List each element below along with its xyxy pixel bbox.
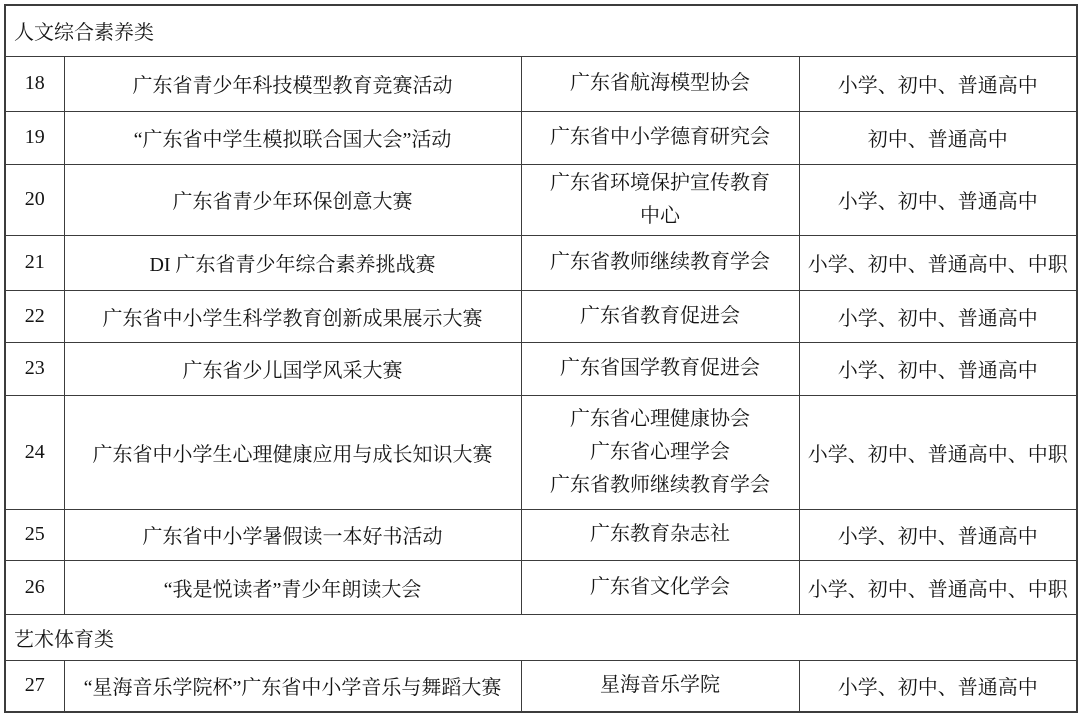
activity-name-cell: 广东省中小学生科学教育创新成果展示大赛 xyxy=(64,290,521,342)
organizer-name: 星海音乐学院 xyxy=(536,669,785,702)
activity-name-cell: 广东省中小学暑假读一本好书活动 xyxy=(64,509,521,560)
organizer-cell: 广东省教师继续教育学会 xyxy=(521,235,799,290)
school-levels-cell: 小学、初中、普通高中、中职 xyxy=(799,235,1077,290)
organizer-cell: 广东省国学教育促进会 xyxy=(521,342,799,395)
row-number-cell: 24 xyxy=(5,395,64,509)
row-number-cell: 23 xyxy=(5,342,64,395)
activity-name-cell: “广东省中学生模拟联合国大会”活动 xyxy=(64,111,521,164)
organizer-cell: 广东省环境保护宣传教育中心 xyxy=(521,164,799,235)
table-row: 20广东省青少年环保创意大赛广东省环境保护宣传教育中心小学、初中、普通高中 xyxy=(5,164,1077,235)
organizer-cell: 广东省中小学德育研究会 xyxy=(521,111,799,164)
activity-name-cell: DI 广东省青少年综合素养挑战赛 xyxy=(64,235,521,290)
organizer-name: 广东省教师继续教育学会 xyxy=(536,246,785,279)
activity-name-cell: “星海音乐学院杯”广东省中小学音乐与舞蹈大赛 xyxy=(64,660,521,712)
school-levels-cell: 小学、初中、普通高中、中职 xyxy=(799,560,1077,614)
organizer-name: 广东省国学教育促进会 xyxy=(536,352,785,385)
school-levels-cell: 初中、普通高中 xyxy=(799,111,1077,164)
organizer-cell: 广东教育杂志社 xyxy=(521,509,799,560)
school-levels-cell: 小学、初中、普通高中 xyxy=(799,342,1077,395)
activities-table-body: 人文综合素养类18广东省青少年科技模型教育竞赛活动广东省航海模型协会小学、初中、… xyxy=(5,5,1077,712)
school-levels-cell: 小学、初中、普通高中、中职 xyxy=(799,395,1077,509)
organizer-name: 广东省环境保护宣传教育中心 xyxy=(544,167,776,233)
table-row: 26“我是悦读者”青少年朗读大会广东省文化学会小学、初中、普通高中、中职 xyxy=(5,560,1077,614)
table-row: 27“星海音乐学院杯”广东省中小学音乐与舞蹈大赛星海音乐学院小学、初中、普通高中 xyxy=(5,660,1077,712)
row-number-cell: 20 xyxy=(5,164,64,235)
section-header: 艺术体育类 xyxy=(5,614,1077,660)
organizer-cell: 广东省航海模型协会 xyxy=(521,56,799,111)
activity-name-cell: 广东省中小学生心理健康应用与成长知识大赛 xyxy=(64,395,521,509)
organizer-name: 广东教育杂志社 xyxy=(536,518,785,551)
document-page: 人文综合素养类18广东省青少年科技模型教育竞赛活动广东省航海模型协会小学、初中、… xyxy=(0,0,1080,713)
row-number-cell: 22 xyxy=(5,290,64,342)
activities-table: 人文综合素养类18广东省青少年科技模型教育竞赛活动广东省航海模型协会小学、初中、… xyxy=(4,4,1078,713)
organizer-name: 广东省心理学会 xyxy=(536,436,785,469)
row-number-cell: 19 xyxy=(5,111,64,164)
activity-name-cell: 广东省青少年科技模型教育竞赛活动 xyxy=(64,56,521,111)
activity-name-cell: “我是悦读者”青少年朗读大会 xyxy=(64,560,521,614)
organizer-name: 广东省教师继续教育学会 xyxy=(536,469,785,502)
organizer-cell: 星海音乐学院 xyxy=(521,660,799,712)
table-row: 21DI 广东省青少年综合素养挑战赛广东省教师继续教育学会小学、初中、普通高中、… xyxy=(5,235,1077,290)
organizer-name: 广东省教育促进会 xyxy=(536,300,785,333)
section-header-row: 人文综合素养类 xyxy=(5,5,1077,56)
school-levels-cell: 小学、初中、普通高中 xyxy=(799,56,1077,111)
table-row: 24广东省中小学生心理健康应用与成长知识大赛广东省心理健康协会广东省心理学会广东… xyxy=(5,395,1077,509)
section-header: 人文综合素养类 xyxy=(5,5,1077,56)
table-row: 19“广东省中学生模拟联合国大会”活动广东省中小学德育研究会初中、普通高中 xyxy=(5,111,1077,164)
row-number-cell: 27 xyxy=(5,660,64,712)
organizer-cell: 广东省文化学会 xyxy=(521,560,799,614)
table-row: 22广东省中小学生科学教育创新成果展示大赛广东省教育促进会小学、初中、普通高中 xyxy=(5,290,1077,342)
table-row: 18广东省青少年科技模型教育竞赛活动广东省航海模型协会小学、初中、普通高中 xyxy=(5,56,1077,111)
table-row: 25广东省中小学暑假读一本好书活动广东教育杂志社小学、初中、普通高中 xyxy=(5,509,1077,560)
organizer-name: 广东省心理健康协会 xyxy=(536,403,785,436)
school-levels-cell: 小学、初中、普通高中 xyxy=(799,660,1077,712)
row-number-cell: 18 xyxy=(5,56,64,111)
school-levels-cell: 小学、初中、普通高中 xyxy=(799,164,1077,235)
activity-name-cell: 广东省少儿国学风采大赛 xyxy=(64,342,521,395)
row-number-cell: 26 xyxy=(5,560,64,614)
table-row: 23广东省少儿国学风采大赛广东省国学教育促进会小学、初中、普通高中 xyxy=(5,342,1077,395)
organizer-name: 广东省中小学德育研究会 xyxy=(536,121,785,154)
organizer-name: 广东省文化学会 xyxy=(536,571,785,604)
section-header-row: 艺术体育类 xyxy=(5,614,1077,660)
organizer-cell: 广东省心理健康协会广东省心理学会广东省教师继续教育学会 xyxy=(521,395,799,509)
school-levels-cell: 小学、初中、普通高中 xyxy=(799,290,1077,342)
row-number-cell: 25 xyxy=(5,509,64,560)
row-number-cell: 21 xyxy=(5,235,64,290)
school-levels-cell: 小学、初中、普通高中 xyxy=(799,509,1077,560)
organizer-name: 广东省航海模型协会 xyxy=(536,67,785,100)
organizer-cell: 广东省教育促进会 xyxy=(521,290,799,342)
activity-name-cell: 广东省青少年环保创意大赛 xyxy=(64,164,521,235)
